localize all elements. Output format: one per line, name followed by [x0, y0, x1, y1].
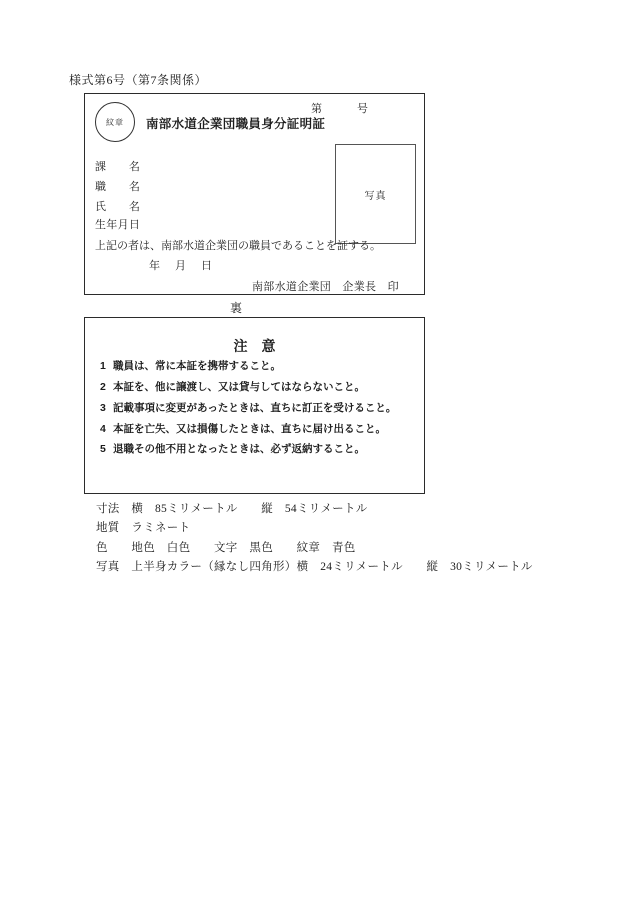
notice-item: 5退職その他不用となったときは、必ず返納すること。 — [100, 441, 365, 456]
notice-item-number: 4 — [100, 423, 113, 435]
field-label-division: 課 名 — [95, 158, 140, 174]
notice-item-number: 5 — [100, 443, 113, 455]
notice-item-number: 3 — [100, 402, 113, 414]
notice-item-text: 記載事項に変更があったときは、直ちに訂正を受けること。 — [113, 402, 396, 414]
spec-colors: 色 地色 白色 文字 黒色 紋章 青色 — [96, 539, 356, 555]
notice-title: 注 意 — [85, 336, 424, 356]
notice-item: 4本証を亡失、又は損傷したときは、直ちに届け出ること。 — [100, 421, 386, 436]
id-card-back: 注 意 1職員は、常に本証を携帯すること。 2本証を、他に譲渡し、又は貸与しては… — [84, 317, 425, 494]
date-line: 年 月 日 — [149, 257, 214, 273]
form-number-label: 様式第6号（第7条関係） — [69, 73, 207, 87]
notice-item-text: 退職その他不用となったときは、必ず返納すること。 — [113, 443, 365, 455]
notice-item-text: 本証を、他に譲渡し、又は貸与してはならないこと。 — [113, 381, 365, 393]
photo-label: 写真 — [365, 187, 387, 202]
document-page: 様式第6号（第7条関係） 第 号 紋章 南部水道企業団職員身分証明証 課 名 職… — [0, 0, 630, 903]
notice-item-number: 2 — [100, 381, 113, 393]
spec-photo: 写真 上半身カラー（縁なし四角形）横 24ミリメートル 縦 30ミリメートル — [96, 558, 533, 574]
issuer-line: 南部水道企業団 企業長 印 — [252, 278, 399, 294]
notice-item: 3記載事項に変更があったときは、直ちに訂正を受けること。 — [100, 400, 396, 415]
emblem-label: 紋章 — [106, 117, 124, 128]
id-card-front: 第 号 紋章 南部水道企業団職員身分証明証 課 名 職 名 氏 名 生年月日 写… — [84, 93, 425, 295]
photo-box: 写真 — [335, 144, 416, 244]
emblem-circle: 紋章 — [95, 102, 135, 142]
notice-item: 2本証を、他に譲渡し、又は貸与してはならないこと。 — [100, 379, 365, 394]
certification-statement: 上記の者は、南部水道企業団の職員であることを証する。 — [95, 237, 381, 253]
card-title: 南部水道企業団職員身分証明証 — [146, 114, 325, 132]
notice-item-number: 1 — [100, 360, 113, 372]
back-side-label: 裏 — [230, 299, 242, 316]
notice-item-text: 職員は、常に本証を携帯すること。 — [113, 360, 281, 372]
spec-dimensions: 寸法 横 85ミリメートル 縦 54ミリメートル — [96, 500, 368, 516]
notice-item-text: 本証を亡失、又は損傷したときは、直ちに届け出ること。 — [113, 423, 386, 435]
field-label-birthdate: 生年月日 — [95, 216, 140, 232]
card-number-suffix: 号 — [357, 100, 368, 116]
field-label-name: 氏 名 — [95, 198, 140, 214]
spec-material: 地質 ラミネート — [96, 519, 190, 535]
field-label-position: 職 名 — [95, 178, 140, 194]
notice-item: 1職員は、常に本証を携帯すること。 — [100, 358, 281, 373]
